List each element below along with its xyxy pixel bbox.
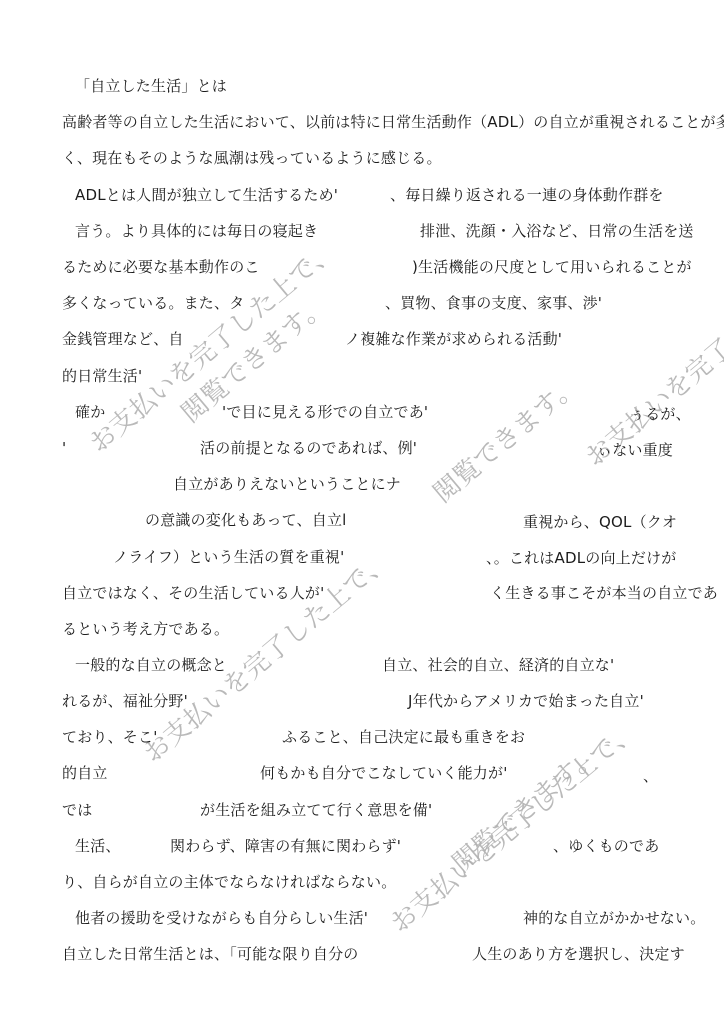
text-fragment: 排泄、洗顔・入浴など、日常の生活を送 bbox=[420, 221, 694, 241]
text-fragment: 、買物、食事の支度、家事、渉' bbox=[385, 293, 602, 313]
text-fragment: 自立した日常生活とは、「可能な限り自分の bbox=[62, 944, 359, 964]
text-fragment: 重視から、QOL（クオ bbox=[523, 512, 677, 532]
document-text-layer: 「自立した生活」とは高齢者等の自立した生活において、以前は特に日常生活動作（AD… bbox=[0, 0, 724, 1024]
text-fragment: J年代からアメリカで始まった自立' bbox=[408, 691, 644, 711]
text-fragment: 「自立した生活」とは bbox=[75, 76, 227, 96]
text-fragment: ており、そこ' bbox=[62, 727, 158, 747]
text-fragment: 自立、社会的自立、経済的自立な' bbox=[382, 655, 614, 675]
text-fragment: 活の前提となるのであれば、例' bbox=[200, 438, 417, 458]
text-fragment: 他者の援助を受けながらも自分らしい生活' bbox=[75, 908, 368, 928]
text-fragment: 言う。より具体的には毎日の寝起き bbox=[75, 221, 318, 241]
text-fragment: 'で目に見える形での自立であ' bbox=[222, 402, 428, 422]
text-fragment: り、自らが自立の主体でならなければならない。 bbox=[62, 872, 396, 892]
text-fragment: では bbox=[62, 800, 92, 820]
text-fragment: 、 bbox=[643, 766, 658, 786]
text-fragment: 確か bbox=[75, 402, 105, 422]
text-fragment: 自立ではなく、その生活している人が' bbox=[62, 583, 324, 603]
text-fragment: 、。これはADLの向上だけが bbox=[486, 548, 676, 568]
text-fragment: 自立がありえないということにナ bbox=[173, 474, 401, 494]
text-fragment: 高齢者等の自立した生活において、以前は特に日常生活動作（ADL）の自立が重視され… bbox=[62, 112, 724, 132]
text-fragment: 一般的な自立の概念と bbox=[75, 655, 227, 675]
text-fragment: く生きる事こそが本当の自立であ bbox=[490, 583, 718, 603]
text-fragment: ADLとは人間が独立して生活するため' bbox=[75, 185, 338, 205]
text-fragment: が生活を組み立てて行く意思を備' bbox=[200, 800, 432, 820]
text-fragment: ノライフ）という生活の質を重視' bbox=[113, 547, 344, 567]
text-fragment: 、毎日繰り返される一連の身体動作群を bbox=[390, 185, 664, 205]
text-fragment: 関わらず、障害の有無に関わらず' bbox=[170, 836, 401, 856]
text-fragment: ぅるが、 bbox=[630, 404, 691, 424]
text-fragment: ノ複雑な作業が求められる活動' bbox=[345, 329, 562, 349]
text-fragment: 金銭管理など、自 bbox=[62, 329, 184, 349]
scanned-document-page: お支払いを完了した上で、閲覧できます。お支払いを完了した上で、閲覧できます。お支… bbox=[0, 0, 724, 1024]
text-fragment: の意識の変化もあって、自立l bbox=[145, 510, 347, 530]
text-fragment: ' bbox=[62, 438, 66, 458]
text-fragment: るという考え方である。 bbox=[62, 619, 229, 639]
text-fragment: ふること、自己決定に最も重きをお bbox=[282, 727, 525, 747]
text-fragment: 何もかも自分でこなしていく能力が' bbox=[260, 763, 508, 783]
text-fragment: 人生のあり方を選択し、決定す bbox=[472, 944, 685, 964]
text-fragment: 、ゆくものであ bbox=[553, 836, 659, 856]
text-fragment: るために必要な基本動作のこ bbox=[62, 257, 260, 277]
text-fragment: く、現在もそのような風潮は残っているように感じる。 bbox=[62, 148, 442, 168]
text-fragment: 的日常生活' bbox=[62, 366, 142, 386]
text-fragment: 神的な自立がかかせない。 bbox=[523, 908, 705, 928]
text-fragment: )生活機能の尺度として用いられることが bbox=[412, 257, 692, 277]
text-fragment: ぃない重度 bbox=[597, 440, 673, 460]
text-fragment: れるが、福祉分野' bbox=[62, 691, 188, 711]
text-fragment: 生活、 bbox=[75, 836, 121, 856]
text-fragment: 多くなっている。また、タ bbox=[62, 293, 244, 313]
text-fragment: 的自立 bbox=[62, 763, 108, 783]
